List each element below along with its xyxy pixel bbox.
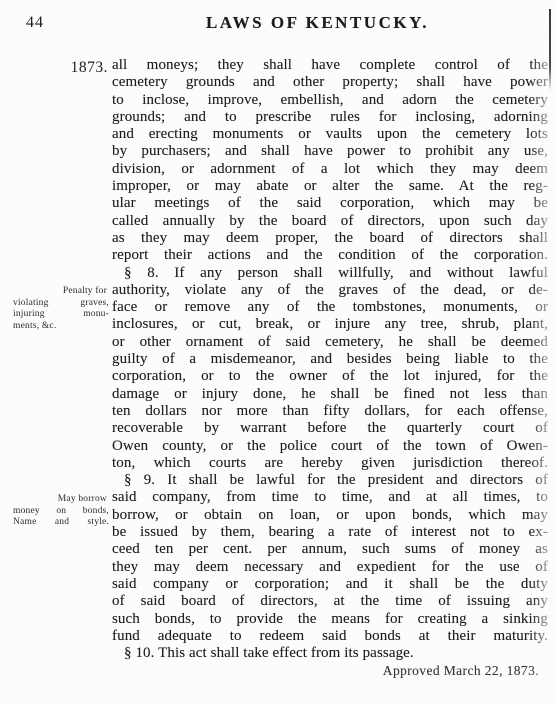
body-text-line: be issued by them, bearing a rate of int… — [112, 524, 548, 541]
body-text-line: and erecting monuments or vaults upon th… — [112, 126, 548, 143]
body-text-line: called annually by the board of director… — [112, 213, 548, 230]
margin-note-borrow: May borrow money on bonds, Name and styl… — [13, 494, 109, 529]
body-text-line: as they may deem proper, the board of di… — [112, 230, 548, 247]
body-text-line: grounds; and to prescribe rules for incl… — [112, 109, 548, 126]
body-text-line: fund adequate to redeem said bonds at th… — [112, 628, 548, 645]
body-text-line: they may deem necessary and expedient fo… — [112, 559, 548, 576]
body-text-line: authority, violate any of the graves of … — [112, 282, 548, 299]
scanned-book-page: 44 LAWS OF KENTUCKY. 1873. Penalty for v… — [0, 0, 555, 705]
body-text-line: or other ornament of said cemetery, he s… — [112, 334, 548, 351]
body-text-line: Owen county, or the police court of the … — [112, 438, 548, 455]
page-number: 44 — [26, 14, 44, 32]
body-text-line: such bonds, to provide the means for cre… — [112, 611, 548, 628]
body-text-line: ular meetings of the said corporation, w… — [112, 195, 548, 212]
body-text-line: cemetery grounds and other property; sha… — [112, 74, 548, 91]
margin-note-line: May borrow — [13, 494, 109, 506]
margin-note-line: violating graves, — [13, 298, 109, 310]
body-text-line: recoverable by warrant before the quarte… — [112, 420, 548, 437]
body-text-line: ton, which courts are hereby given juris… — [112, 455, 548, 472]
margin-note-line: Name and style. — [13, 517, 109, 529]
page-edge-line-artifact — [549, 9, 551, 91]
margin-note-line: injuring monu- — [13, 309, 109, 321]
body-text-line: said company or corporation; and it shal… — [112, 576, 548, 593]
body-text-line: by purchasers; and shall have power to p… — [112, 143, 548, 160]
margin-note-line: money on bonds, — [13, 506, 109, 518]
body-text-line: division, or adornment of a lot which th… — [112, 161, 548, 178]
body-text-line: improper, or may abate or alter the same… — [112, 178, 548, 195]
body-text-line: borrow, or obtain on loan, or upon bonds… — [112, 507, 548, 524]
body-text-line-section-8: § 8. If any person shall willfully, and … — [112, 265, 548, 282]
margin-note-line: Penalty for — [13, 286, 109, 298]
body-text-line: corporation, or to the owner of the lot … — [112, 368, 548, 385]
body-text-line: to inclose, improve, embellish, and ador… — [112, 92, 548, 109]
body-text-column: all moneys; they shall have complete con… — [112, 57, 548, 680]
body-text-line-section-9: § 9. It shall be lawful for the presiden… — [112, 472, 548, 489]
body-text-line: all moneys; they shall have complete con… — [112, 57, 548, 74]
margin-note-line: ments, &c. — [13, 321, 109, 333]
body-text-line: said company, from time to time, and at … — [112, 489, 548, 506]
body-text-line: face or remove any of the tombstones, mo… — [112, 299, 548, 316]
margin-year-label: 1873. — [12, 59, 111, 77]
approval-date-line: Approved March 22, 1873. — [112, 662, 548, 679]
body-text-line: inclosures, or cut, break, or injure any… — [112, 316, 548, 333]
body-text-line: ceed ten per cent. per annum, such sums … — [112, 541, 548, 558]
running-title: LAWS OF KENTUCKY. — [80, 13, 555, 33]
body-text-line: report their actions and the condition o… — [112, 247, 548, 264]
margin-note-penalty: Penalty for violating graves, injuring m… — [13, 286, 109, 332]
body-text-line-section-10: § 10. This act shall take effect from it… — [112, 645, 548, 662]
body-text-line: of said board of directors, at the time … — [112, 593, 548, 610]
body-text-line: guilty of a misdemeanor, and besides bei… — [112, 351, 548, 368]
body-text-line: ten dollars nor more than fifty dollars,… — [112, 403, 548, 420]
body-text-line: damage or injury done, he shall be fined… — [112, 386, 548, 403]
